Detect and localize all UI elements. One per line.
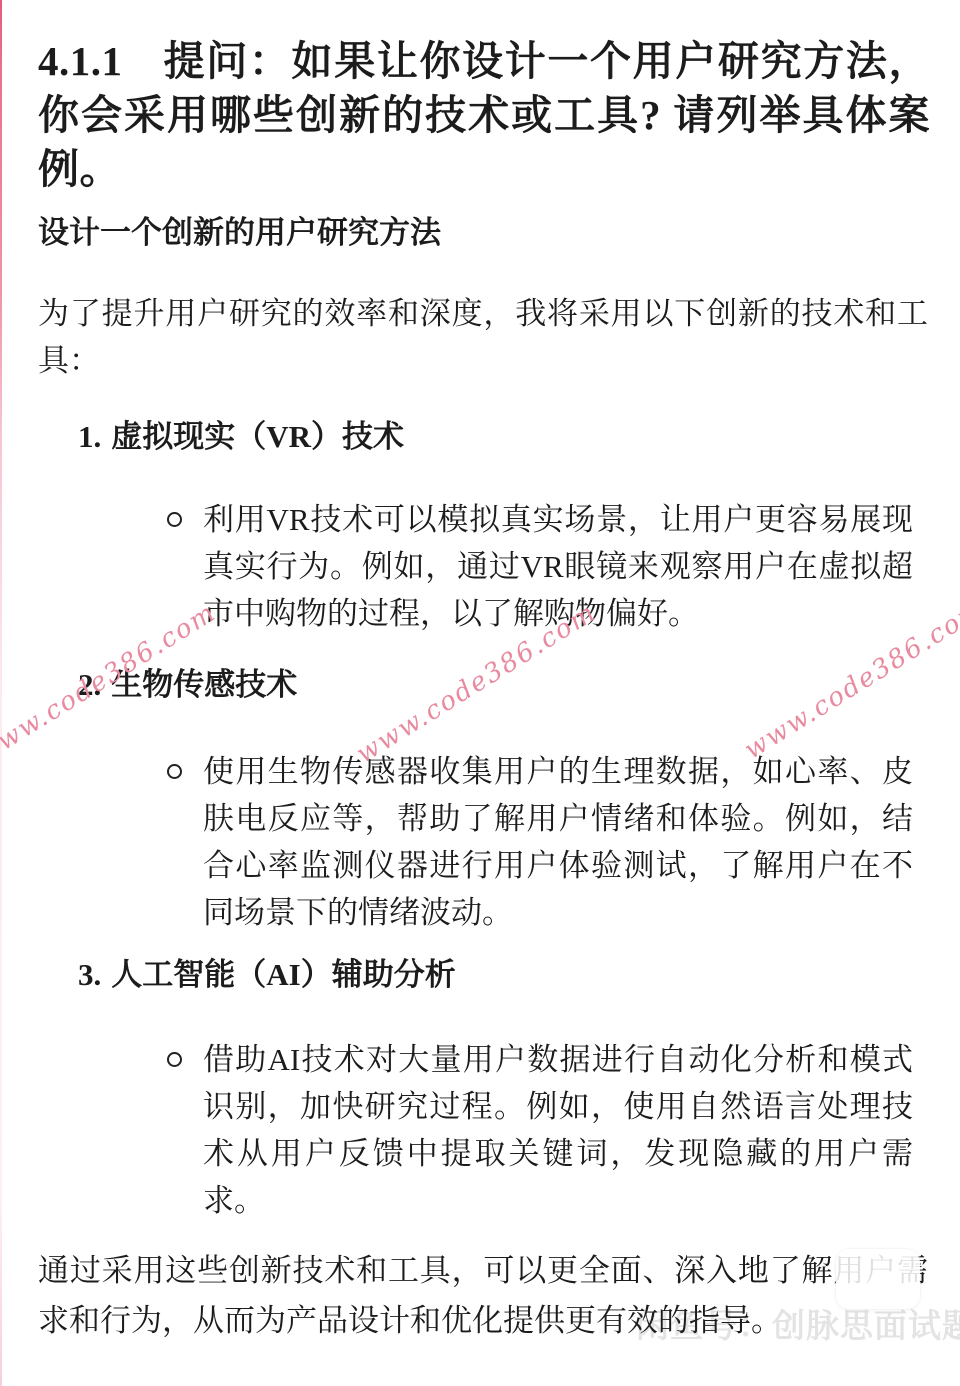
list-item-heading-text: 虚拟现实（VR）技术: [111, 419, 404, 454]
intro-paragraph: 为了提升用户研究的效率和深度，我将采用以下创新的技术和工具：: [38, 290, 928, 384]
list-item-number: 1.: [78, 418, 101, 456]
left-edge-red-line: [0, 0, 2, 1386]
section-heading: 设计一个创新的用户研究方法: [38, 214, 441, 252]
list-item-detail-2: 使用生物传感器收集用户的生理数据，如心率、皮肤电反应等，帮助了解用户情绪和体验。…: [203, 748, 913, 936]
question-number: 4.1.1: [38, 34, 123, 88]
document-page: 4.1.1提问：如果让你设计一个用户研究方法，你会采用哪些创新的技术或工具? 请…: [0, 0, 960, 1386]
list-item-detail-3: 借助AI技术对大量用户数据进行自动化分析和模式识别，加快研究过程。例如，使用自然…: [203, 1036, 913, 1224]
white-cover-sticker: [836, 1249, 920, 1309]
circle-bullet-icon: [167, 512, 182, 527]
list-item-detail-text: 利用VR技术可以模拟真实场景，让用户更容易展现真实行为。例如，通过VR眼镜来观察…: [203, 502, 913, 631]
list-item-detail-text: 借助AI技术对大量用户数据进行自动化分析和模式识别，加快研究过程。例如，使用自然…: [203, 1042, 913, 1218]
list-item-detail-text: 使用生物传感器收集用户的生理数据，如心率、皮肤电反应等，帮助了解用户情绪和体验。…: [203, 754, 913, 930]
list-item-heading-1: 1.虚拟现实（VR）技术: [78, 418, 404, 456]
list-item-number: 3.: [78, 956, 101, 994]
list-item-heading-3: 3.人工智能（AI）辅助分析: [78, 956, 456, 994]
circle-bullet-icon: [167, 764, 182, 779]
question-title-text: 提问：如果让你设计一个用户研究方法，你会采用哪些创新的技术或工具? 请列举具体案…: [38, 38, 930, 192]
circle-bullet-icon: [167, 1052, 182, 1067]
list-item-heading-text: 人工智能（AI）辅助分析: [111, 957, 455, 992]
question-title: 4.1.1提问：如果让你设计一个用户研究方法，你会采用哪些创新的技术或工具? 请…: [38, 34, 930, 196]
